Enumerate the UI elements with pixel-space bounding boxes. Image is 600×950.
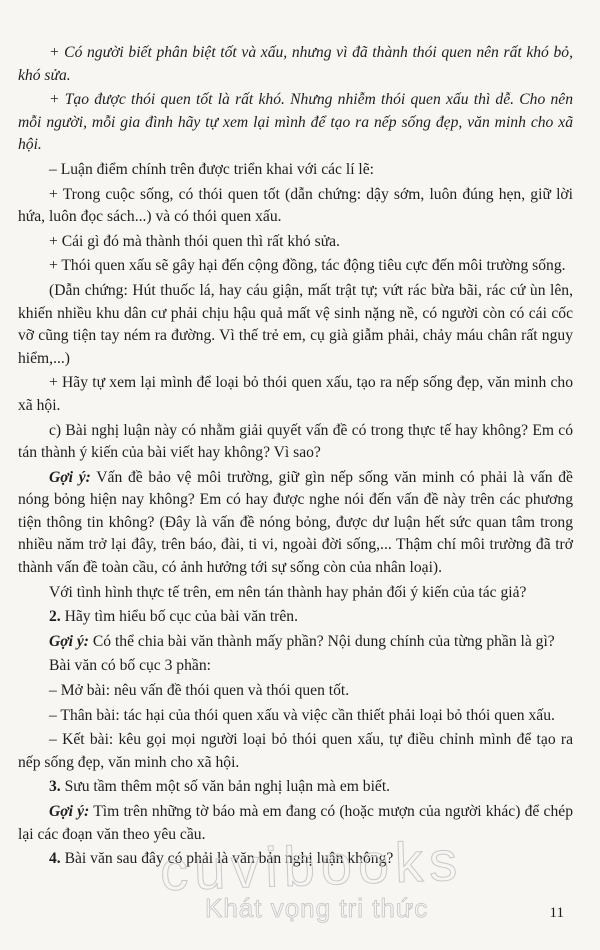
paragraph: – Thân bài: tác hại của thói quen xấu và… — [18, 705, 573, 728]
watermark-slogan: Khát vọng tri thức — [205, 893, 428, 924]
question-number: 4. — [49, 850, 61, 867]
paragraph-text: Sưu tầm thêm một số văn bản nghị luận mà… — [61, 778, 390, 795]
hint-paragraph: Gợi ý: Có thể chia bài văn thành mấy phầ… — [18, 631, 573, 654]
paragraph-text: + Cái gì đó mà thành thói quen thì rất k… — [49, 233, 340, 250]
hint-label: Gợi ý: — [49, 633, 89, 650]
paragraph: – Mở bài: nêu vấn đề thói quen và thói q… — [18, 680, 573, 703]
page-body: + Có người biết phân biệt tốt và xấu, nh… — [18, 42, 573, 873]
paragraph: + Có người biết phân biệt tốt và xấu, nh… — [18, 42, 573, 87]
question-paragraph: 2. Hãy tìm hiểu bố cục của bài văn trên. — [18, 606, 573, 629]
paragraph-text: Với tình hình thực tế trên, em nên tán t… — [49, 584, 526, 601]
paragraph-text: + Trong cuộc sống, có thói quen tốt (dẫn… — [18, 186, 573, 226]
paragraph: + Hãy tự xem lại mình để loại bỏ thói qu… — [18, 372, 573, 417]
paragraph-text: Vấn đề bảo vệ môi trường, giữ gìn nếp số… — [18, 469, 573, 576]
paragraph-text: + Thói quen xấu sẽ gây hại đến cộng đồng… — [49, 257, 566, 274]
paragraph: Bài văn có bố cục 3 phần: — [18, 655, 573, 678]
watermark-brand: cuvibooks — [159, 833, 464, 900]
paragraph: – Kết bài: kêu gọi mọi người loại bỏ thó… — [18, 729, 573, 774]
hint-paragraph: Gợi ý: Vấn đề bảo vệ môi trường, giữ gìn… — [18, 467, 573, 580]
paragraph-text: – Kết bài: kêu gọi mọi người loại bỏ thó… — [18, 731, 573, 771]
paragraph-text: – Thân bài: tác hại của thói quen xấu và… — [49, 707, 555, 724]
paragraph-text: Có thể chia bài văn thành mấy phần? Nội … — [89, 633, 555, 650]
hint-label: Gợi ý: — [49, 803, 89, 820]
paragraph: – Luận điểm chính trên được triển khai v… — [18, 159, 573, 182]
hint-label: Gợi ý: — [49, 469, 91, 486]
paragraph-text: + Tạo được thói quen tốt là rất khó. Như… — [18, 91, 573, 153]
question-number: 2. — [49, 608, 61, 625]
paragraph: + Thói quen xấu sẽ gây hại đến cộng đồng… — [18, 255, 573, 278]
paragraph-text: c) Bài nghị luận này có nhằm giải quyết … — [18, 422, 573, 462]
paragraph-text: – Luận điểm chính trên được triển khai v… — [49, 161, 374, 178]
question-paragraph: 3. Sưu tầm thêm một số văn bản nghị luận… — [18, 776, 573, 799]
paragraph-text: Hãy tìm hiểu bố cục của bài văn trên. — [61, 608, 298, 625]
paragraph: + Tạo được thói quen tốt là rất khó. Như… — [18, 89, 573, 157]
paragraph: (Dẫn chứng: Hút thuốc lá, hay cáu giận, … — [18, 280, 573, 370]
paragraph: + Trong cuộc sống, có thói quen tốt (dẫn… — [18, 184, 573, 229]
paragraph: Với tình hình thực tế trên, em nên tán t… — [18, 582, 573, 605]
paragraph-text: + Hãy tự xem lại mình để loại bỏ thói qu… — [18, 374, 573, 414]
paragraph: c) Bài nghị luận này có nhằm giải quyết … — [18, 420, 573, 465]
question-number: 3. — [49, 778, 61, 795]
paragraph-text: – Mở bài: nêu vấn đề thói quen và thói q… — [49, 682, 349, 699]
paragraph-text: + Có người biết phân biệt tốt và xấu, nh… — [18, 44, 573, 84]
paragraph-text: Bài văn có bố cục 3 phần: — [49, 657, 211, 674]
page-number: 11 — [550, 905, 564, 922]
paragraph-text: (Dẫn chứng: Hút thuốc lá, hay cáu giận, … — [18, 282, 573, 367]
paragraph: + Cái gì đó mà thành thói quen thì rất k… — [18, 231, 573, 254]
